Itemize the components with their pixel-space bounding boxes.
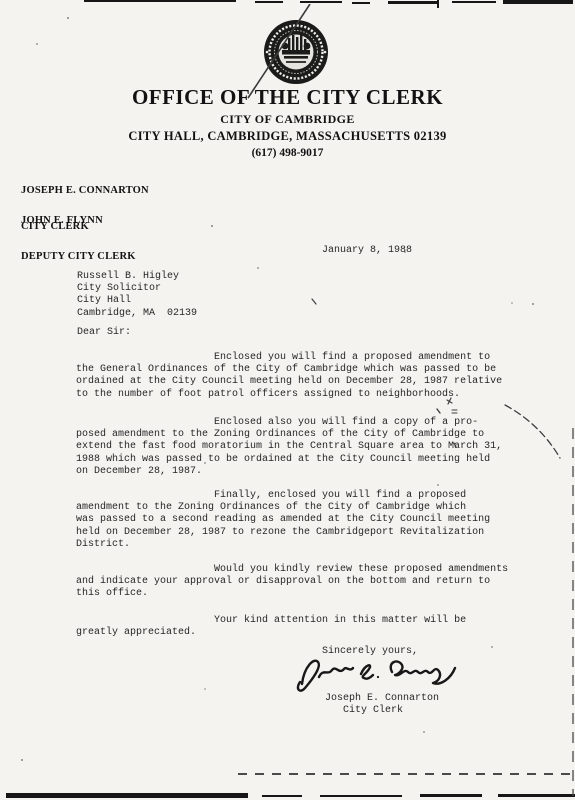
letter-paragraph: Enclosed you will find a proposed amendm…	[76, 352, 546, 401]
scan-artifact-bottom-edge	[420, 794, 482, 797]
scan-artifact-bottom-edge	[6, 793, 248, 798]
scan-artifact-bottom-edge	[498, 794, 575, 797]
letter-date: January 8, 1988	[322, 245, 412, 257]
scan-artifact-top-edge	[437, 0, 439, 8]
letter-paragraph: Your kind attention in this matter will …	[76, 615, 546, 639]
letter-paragraph: Finally, enclosed you will find a propos…	[76, 490, 546, 551]
recipient-address: Russell B. Higley City Solicitor City Ha…	[77, 271, 197, 320]
scan-artifact-top-edge	[452, 1, 496, 3]
signature-title: City Clerk	[343, 705, 403, 717]
scan-artifact-top-edge	[84, 0, 236, 2]
phone-number: (617) 498-9017	[0, 147, 575, 159]
letter-paragraph: Would you kindly review these proposed a…	[76, 564, 546, 601]
letter-paragraph: Enclosed also you will find a copy of a …	[76, 417, 546, 478]
official-name: JOHN E. FLYNN	[21, 215, 136, 227]
scan-artifact-dashed-line	[238, 773, 574, 775]
scan-artifact-bottom-edge	[262, 795, 302, 797]
office-title: OFFICE OF THE CITY CLERK	[0, 85, 575, 110]
city-line: CITY OF CAMBRIDGE	[0, 112, 575, 127]
handwritten-signature-icon	[294, 651, 459, 699]
scan-artifact-top-edge	[255, 1, 283, 3]
salutation: Dear Sir:	[77, 327, 131, 339]
official-title: DEPUTY CITY CLERK	[21, 251, 136, 263]
scan-artifact-top-edge	[503, 0, 573, 4]
scan-artifact-top-edge	[300, 1, 342, 3]
scan-artifact-top-edge	[352, 2, 370, 4]
scan-artifact-bottom-edge	[320, 795, 402, 797]
scan-artifact-top-edge	[388, 1, 438, 4]
address-line: CITY HALL, CAMBRIDGE, MASSACHUSETTS 0213…	[0, 129, 575, 144]
scanned-letter-page: OFFICE OF THE CITY CLERK CITY OF CAMBRID…	[0, 0, 575, 800]
signature-name: Joseph E. Connarton	[325, 693, 439, 705]
scan-artifact-right-edge	[572, 428, 574, 796]
